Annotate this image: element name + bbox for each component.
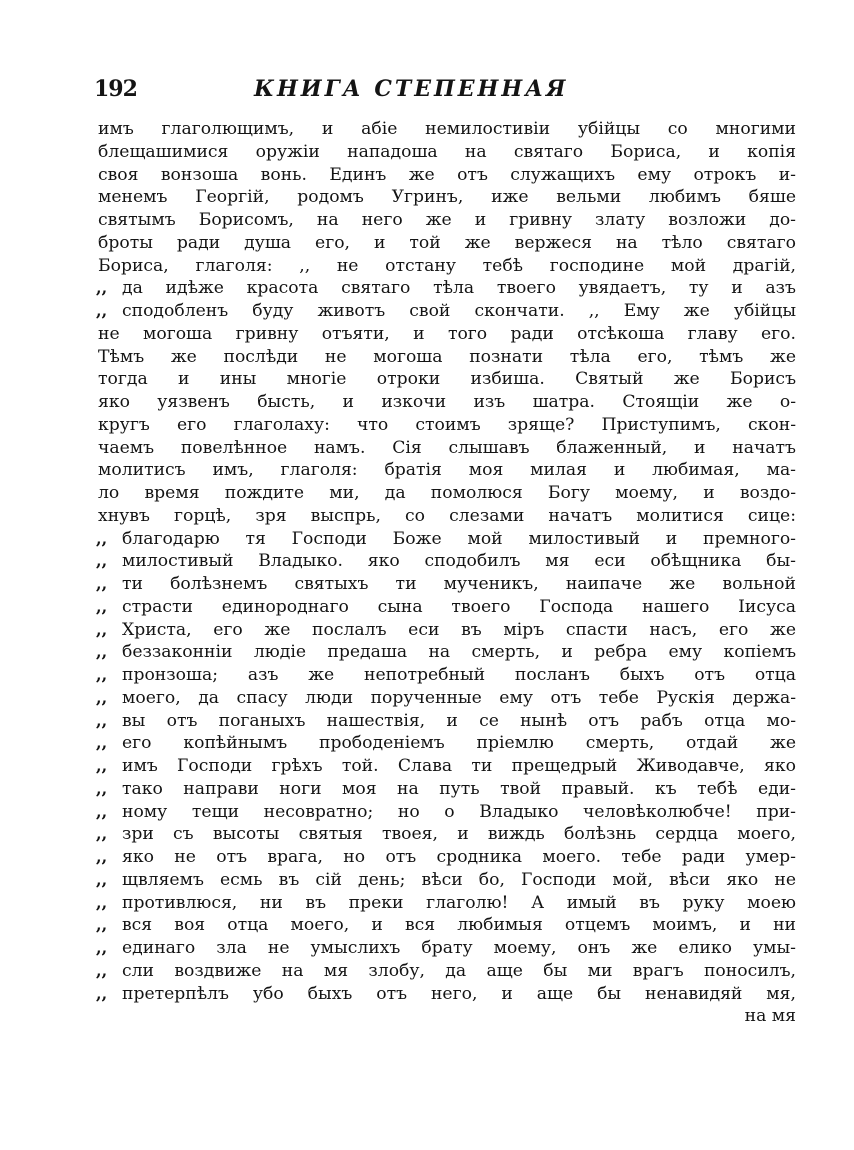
line-text: кругъ его глаголаху: что стоимъ зряще? П… [98,414,796,437]
text-line: блещашимися оружіи нападоша на святаго Б… [98,141,796,164]
text-line: ,,сподобленъ буду животъ свой скончати. … [98,300,796,323]
book-page: 192 КНИГА СТЕПЕННАЯ имъ глаголющимъ, и а… [0,0,854,1150]
line-text: яко не отъ врага, но отъ сродника моего.… [122,846,796,869]
quote-mark: ,, [96,300,107,323]
quote-mark: ,, [96,596,107,619]
text-line: ,,ти болѣзнемъ святыхъ ти мученикъ, наип… [98,573,796,596]
text-line: ,,беззаконніи людіе предаша на смерть, и… [98,641,796,664]
line-text: претерпѣлъ убо быхъ отъ него, и аще бы н… [122,983,796,1006]
text-line: ,,милостивый Владыко. яко сподобилъ мя е… [98,550,796,573]
line-text: да идѣже красота святаго тѣла твоего увя… [122,277,796,300]
text-line: ,,единаго зла не умыслихъ брату моему, о… [98,937,796,960]
line-text: менемъ Георгій, родомъ Угринъ, иже вельм… [98,186,796,209]
line-text: вся воя отца моего, и вся любимыя отцемъ… [122,914,796,937]
text-line: молитисъ имъ, глаголя: братія моя милая … [98,459,796,482]
quote-mark: ,, [96,573,107,596]
quote-mark: ,, [96,732,107,755]
text-line: чаемъ повелѣнное намъ. Сія слышавъ блаже… [98,437,796,460]
text-line: ,,сли воздвиже на мя злобу, да аще бы ми… [98,960,796,983]
text-line: ,,благодарю тя Господи Боже мой милостив… [98,528,796,551]
text-line: ,,Христа, его же послалъ еси въ міръ спа… [98,619,796,642]
quote-mark: ,, [96,823,107,846]
text-line: имъ глаголющимъ, и абіе немилостивіи убі… [98,118,796,141]
quote-mark: ,, [96,801,107,824]
text-line: ,,вы отъ поганыхъ нашествія, и се нынѣ о… [98,710,796,733]
quote-mark: ,, [96,619,107,642]
text-line: ,,ному тещи несовратно; но о Владыко чел… [98,801,796,824]
line-text: ному тещи несовратно; но о Владыко челов… [122,801,796,824]
line-text: имъ Господи грѣхъ той. Слава ти прещедры… [122,755,796,778]
line-text: щвляемъ есмь въ сій день; вѣси бо, Госпо… [122,869,796,892]
page-header: 192 КНИГА СТЕПЕННАЯ [94,76,800,106]
text-line: ,,страсти единороднаго сына твоего Госпо… [98,596,796,619]
line-text: сподобленъ буду животъ свой скончати. ,,… [122,300,796,323]
line-text: Христа, его же послалъ еси въ міръ спаст… [122,619,796,642]
quote-mark: ,, [96,710,107,733]
line-text: чаемъ повелѣнное намъ. Сія слышавъ блаже… [98,437,796,460]
quote-mark: ,, [96,277,107,300]
text-line: яко уязвенъ бысть, и изкочи изъ шатра. С… [98,391,796,414]
quote-mark: ,, [96,778,107,801]
quote-mark: ,, [96,937,107,960]
line-text: молитисъ имъ, глаголя: братія моя милая … [98,459,796,482]
line-text: тако направи ноги моя на путь твой правы… [122,778,796,801]
text-line: кругъ его глаголаху: что стоимъ зряще? П… [98,414,796,437]
line-text: беззаконніи людіе предаша на смерть, и р… [122,641,796,664]
line-text: моего, да спасу люди порученные ему отъ … [122,687,796,710]
line-text: не могоша гривну отъяти, и того ради отс… [98,323,796,346]
text-line: ,,пронзоша; азъ же непотребный посланъ б… [98,664,796,687]
text-line: Тѣмъ же послѣди не могоша познати тѣла е… [98,346,796,369]
catchword: на мя [98,1005,796,1028]
line-text: вы отъ поганыхъ нашествія, и се нынѣ отъ… [122,710,796,733]
line-text: яко уязвенъ бысть, и изкочи изъ шатра. С… [98,391,796,414]
text-line: ,,противлюся, ни въ преки глаголю! А имы… [98,892,796,915]
line-text: зри съ высоты святыя твоея, и виждь болѣ… [122,823,796,846]
quote-mark: ,, [96,528,107,551]
text-line: ло время пождите ми, да помолюся Богу мо… [98,482,796,505]
line-text: своя вонзоша вонь. Единъ же отъ служащих… [98,164,796,187]
line-text: противлюся, ни въ преки глаголю! А имый … [122,892,796,915]
quote-mark: ,, [96,869,107,892]
line-text: страсти единороднаго сына твоего Господа… [122,596,796,619]
page-number: 192 [94,76,137,102]
text-line: святымъ Борисомъ, на него же и гривну зл… [98,209,796,232]
text-line: ,,моего, да спасу люди порученные ему от… [98,687,796,710]
text-line: ,,вся воя отца моего, и вся любимыя отце… [98,914,796,937]
text-line: ,,да идѣже красота святаго тѣла твоего у… [98,277,796,300]
quote-mark: ,, [96,687,107,710]
text-line: не могоша гривну отъяти, и того ради отс… [98,323,796,346]
text-line: ,,его копѣйнымъ прободеніемъ пріемлю сме… [98,732,796,755]
line-text: Тѣмъ же послѣди не могоша познати тѣла е… [98,346,796,369]
text-line: тогда и ины многіе отроки избиша. Святый… [98,368,796,391]
text-line: ,,щвляемъ есмь въ сій день; вѣси бо, Гос… [98,869,796,892]
quote-mark: ,, [96,960,107,983]
line-text: хнувъ горцѣ, зря выспрь, со слезами нача… [98,505,796,528]
line-text: пронзоша; азъ же непотребный посланъ бых… [122,664,796,687]
body-text: имъ глаголющимъ, и абіе немилостивіи убі… [98,118,796,1028]
text-line: ,,тако направи ноги моя на путь твой пра… [98,778,796,801]
quote-mark: ,, [96,983,107,1006]
quote-mark: ,, [96,846,107,869]
quote-mark: ,, [96,664,107,687]
line-text: Бориса, глаголя: ,, не отстану тебѣ госп… [98,255,796,278]
text-line: своя вонзоша вонь. Единъ же отъ служащих… [98,164,796,187]
running-title: КНИГА СТЕПЕННАЯ [254,76,568,102]
line-text: милостивый Владыко. яко сподобилъ мя еси… [122,550,796,573]
line-text: благодарю тя Господи Боже мой милостивый… [122,528,796,551]
text-line: хнувъ горцѣ, зря выспрь, со слезами нача… [98,505,796,528]
quote-mark: ,, [96,914,107,937]
quote-mark: ,, [96,892,107,915]
line-text: броты ради душа его, и той же вержеся на… [98,232,796,255]
line-text: ти болѣзнемъ святыхъ ти мученикъ, наипач… [122,573,796,596]
text-line: ,,претерпѣлъ убо быхъ отъ него, и аще бы… [98,983,796,1006]
quote-mark: ,, [96,550,107,573]
line-text: ло время пождите ми, да помолюся Богу мо… [98,482,796,505]
line-text: имъ глаголющимъ, и абіе немилостивіи убі… [98,118,796,141]
text-line: ,,зри съ высоты святыя твоея, и виждь бо… [98,823,796,846]
text-line: Бориса, глаголя: ,, не отстану тебѣ госп… [98,255,796,278]
text-line: менемъ Георгій, родомъ Угринъ, иже вельм… [98,186,796,209]
line-text: тогда и ины многіе отроки избиша. Святый… [98,368,796,391]
text-line: ,,яко не отъ врага, но отъ сродника моег… [98,846,796,869]
text-line: ,,имъ Господи грѣхъ той. Слава ти прещед… [98,755,796,778]
line-text: святымъ Борисомъ, на него же и гривну зл… [98,209,796,232]
line-text: его копѣйнымъ прободеніемъ пріемлю смерт… [122,732,796,755]
line-text: единаго зла не умыслихъ брату моему, онъ… [122,937,796,960]
text-line: броты ради душа его, и той же вержеся на… [98,232,796,255]
quote-mark: ,, [96,755,107,778]
line-text: сли воздвиже на мя злобу, да аще бы ми в… [122,960,796,983]
quote-mark: ,, [96,641,107,664]
line-text: блещашимися оружіи нападоша на святаго Б… [98,141,796,164]
